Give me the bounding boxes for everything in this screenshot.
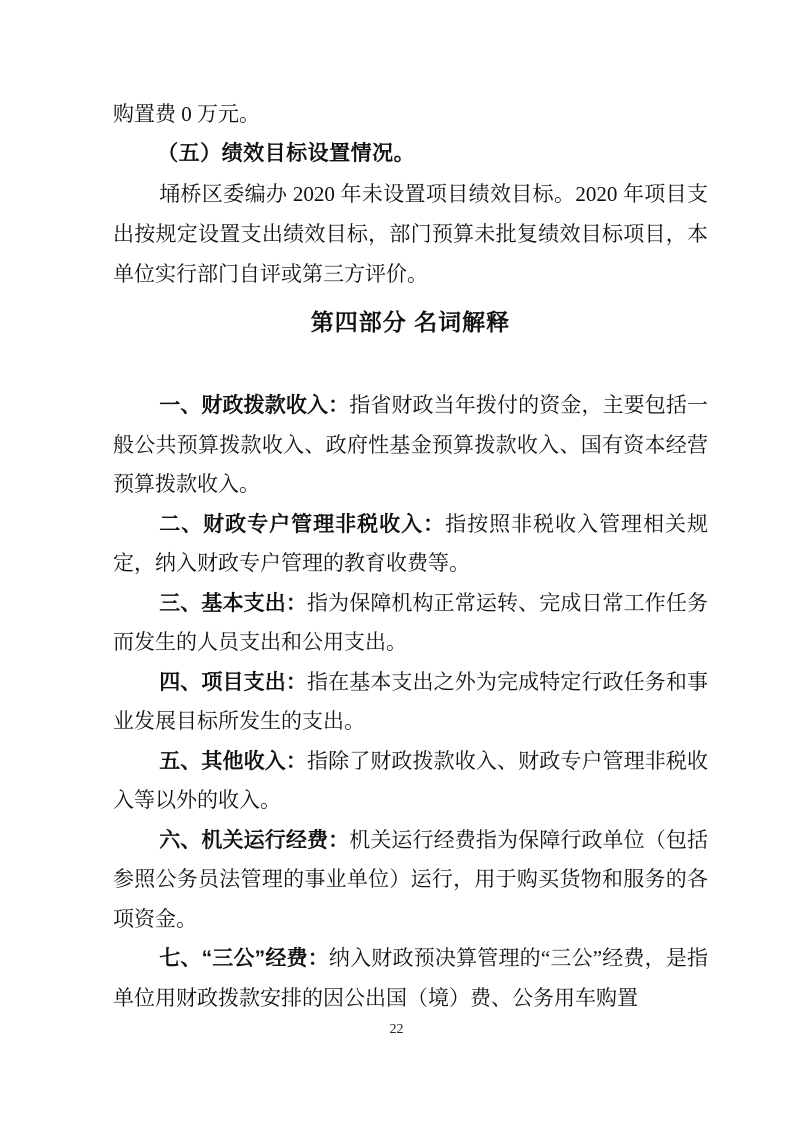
definition-term: 四、项目支出： [159,671,307,694]
definition-item: 一、财政拨款收入：指省财政当年拨付的资金，主要包括一般公共预算拨款收入、政府性基… [113,386,708,505]
definition-term: 二、财政专户管理非税收入： [159,513,445,536]
definition-item: 二、财政专户管理非税收入：指按照非税收入管理相关规定，纳入财政专户管理的教育收费… [113,505,708,584]
definition-term: 三、基本支出： [159,592,307,615]
definition-item: 七、“三公”经费：纳入财政预决算管理的“三公”经费，是指单位用财政拨款安排的因公… [113,939,708,1018]
document-page: 购置费 0 万元。 （五）绩效目标设置情况。 埇桥区委编办 2020 年未设置项… [0,0,793,1122]
definition-term: 一、财政拨款收入： [159,394,349,417]
definition-term: 七、“三公”经费： [159,947,329,970]
leading-line: 购置费 0 万元。 [113,94,708,134]
definition-item: 六、机关运行经费：机关运行经费指为保障行政单位（包括参照公务员法管理的事业单位）… [113,821,708,940]
definition-item: 四、项目支出：指在基本支出之外为完成特定行政任务和事业发展目标所发生的支出。 [113,663,708,742]
definition-term: 六、机关运行经费： [159,829,349,852]
definitions-list: 一、财政拨款收入：指省财政当年拨付的资金，主要包括一般公共预算拨款收入、政府性基… [113,386,708,1018]
definition-term: 五、其他收入： [159,750,307,773]
page-content: 购置费 0 万元。 （五）绩效目标设置情况。 埇桥区委编办 2020 年未设置项… [113,94,708,1018]
subsection-paragraph: 埇桥区委编办 2020 年未设置项目绩效目标。2020 年项目支出按规定设置支出… [113,174,708,294]
definition-item: 三、基本支出：指为保障机构正常运转、完成日常工作任务而发生的人员支出和公用支出。 [113,584,708,663]
definition-item: 五、其他收入：指除了财政拨款收入、财政专户管理非税收入等以外的收入。 [113,742,708,821]
section-title: 第四部分 名词解释 [113,302,708,342]
subsection-heading: （五）绩效目标设置情况。 [113,134,708,174]
page-number: 22 [0,1022,793,1038]
